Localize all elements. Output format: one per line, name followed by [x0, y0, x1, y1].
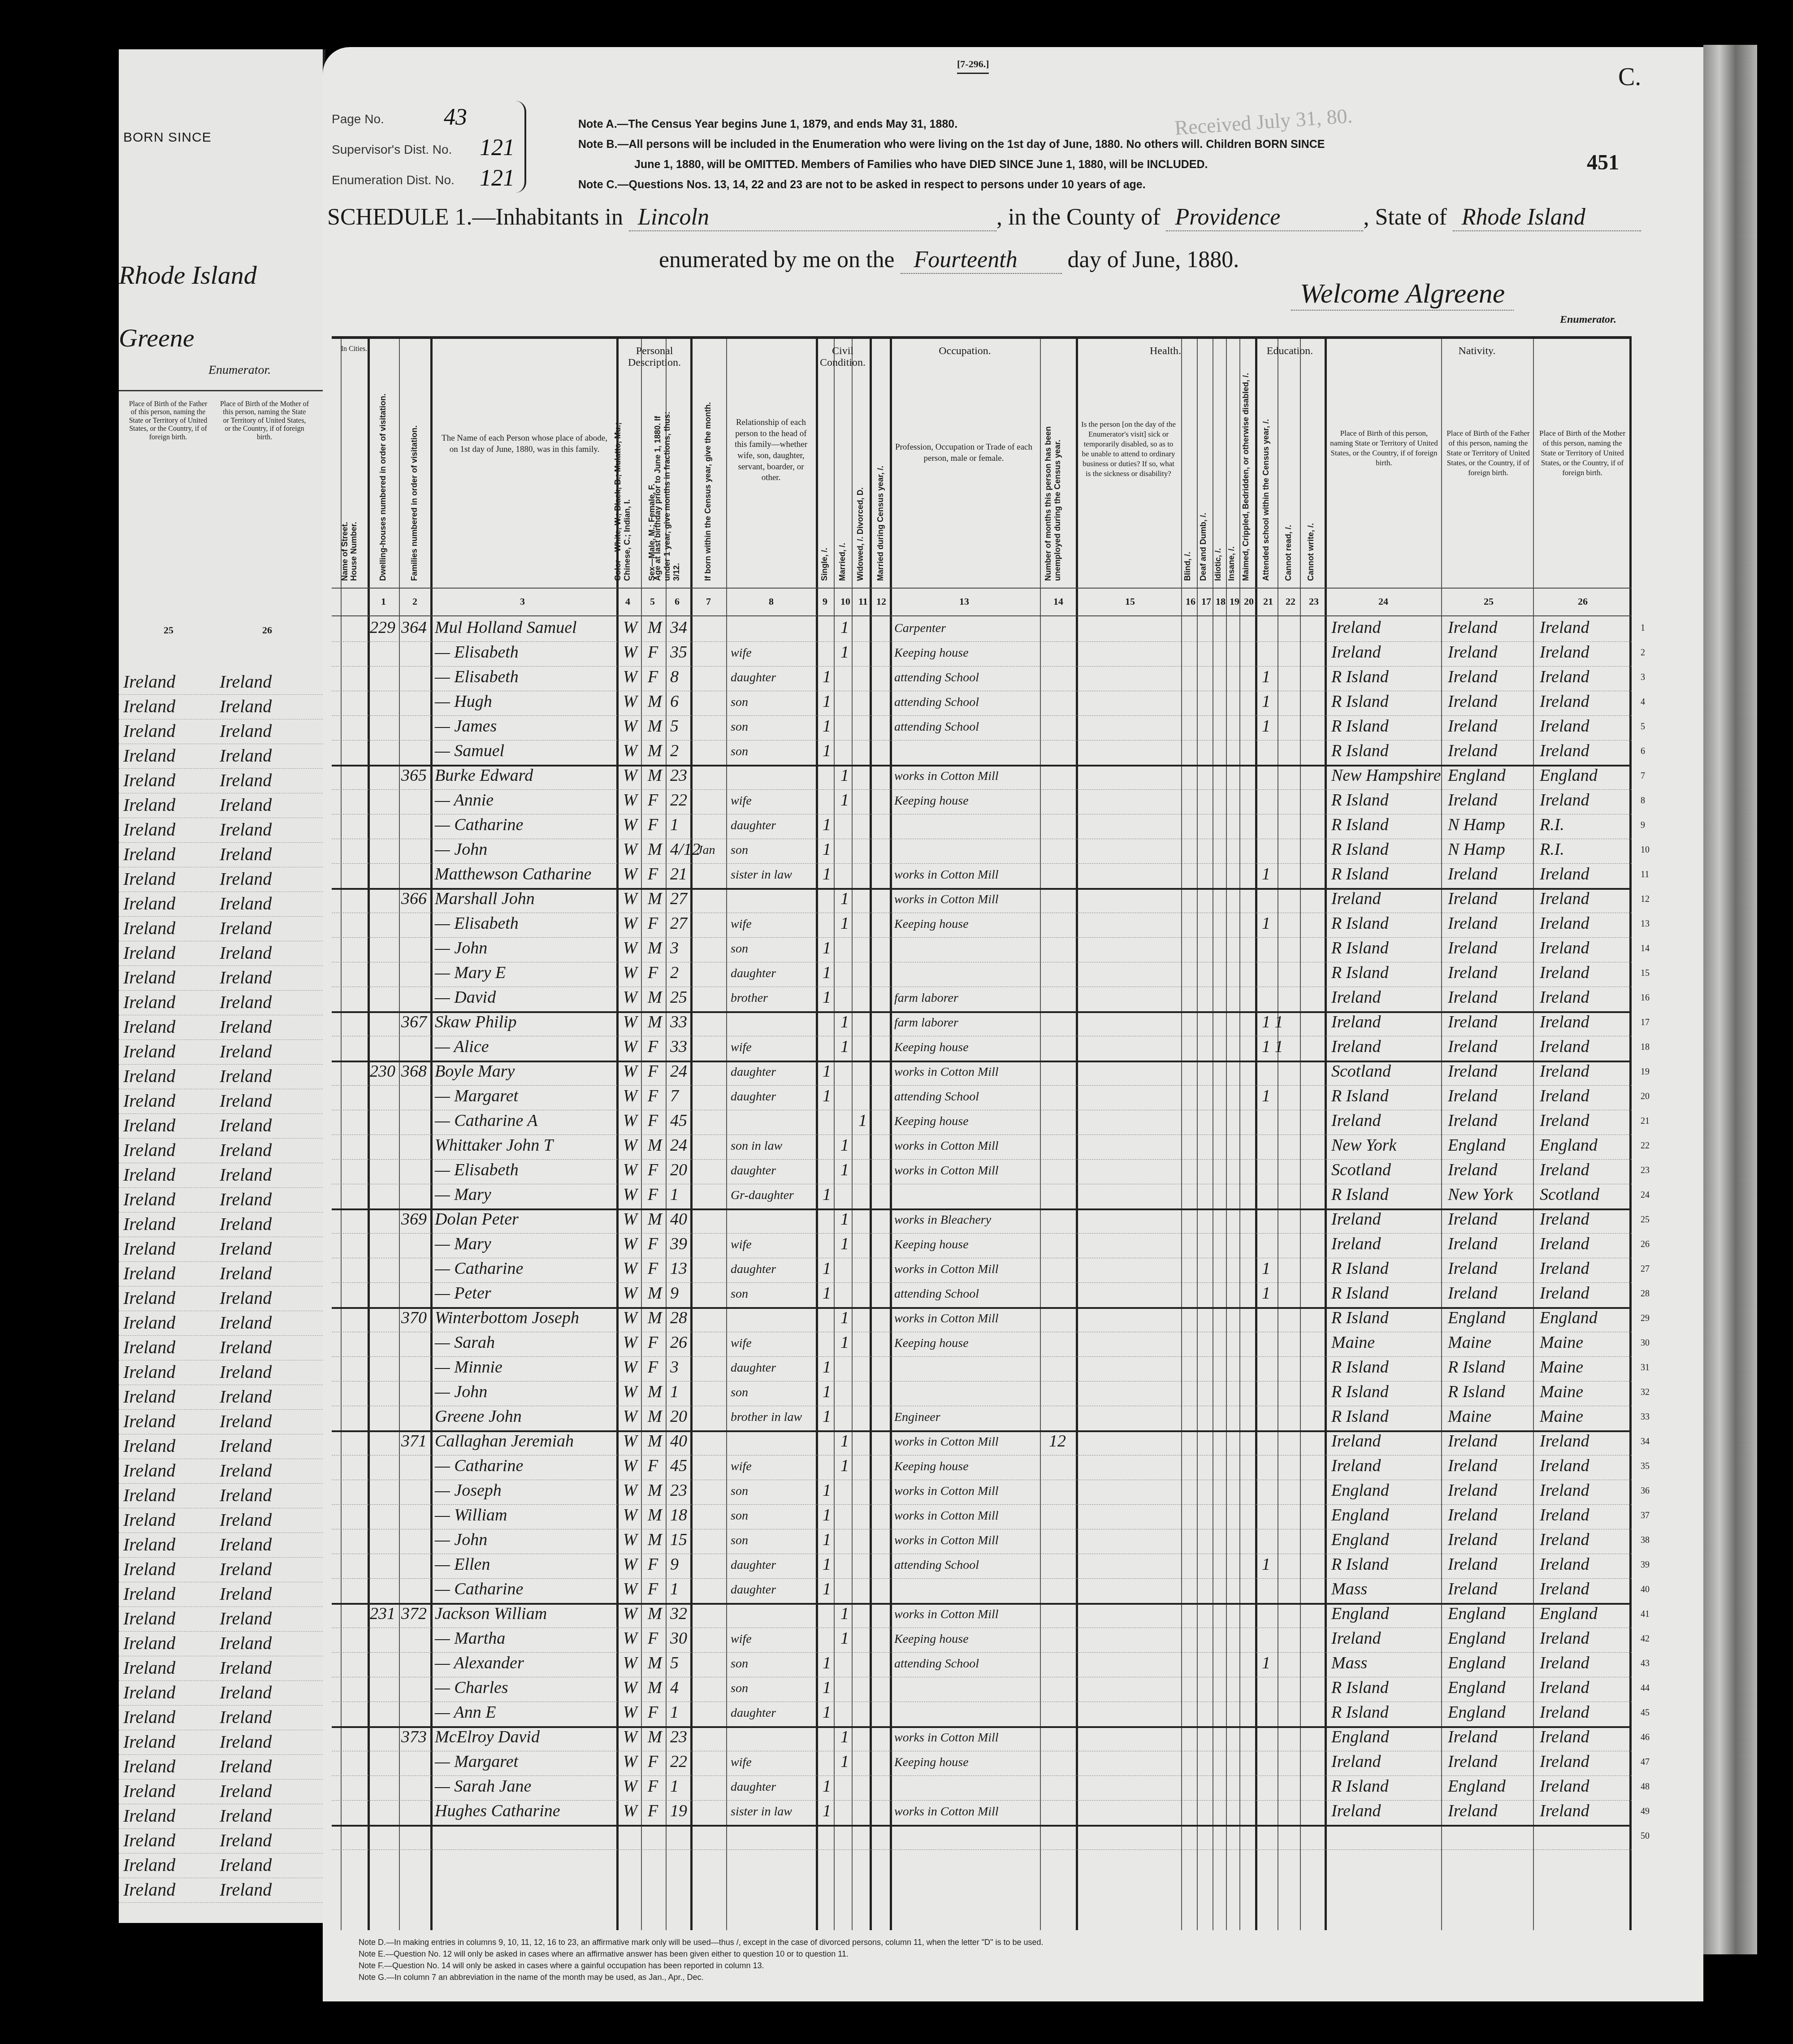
column-number: 9: [823, 596, 827, 607]
left-table-row: IrelandIreland: [119, 1729, 323, 1755]
relationship-value: daughter: [731, 1065, 776, 1079]
age-value: 4: [670, 1678, 679, 1698]
left-table-row: IrelandIreland: [119, 1261, 323, 1286]
married-mark: 1: [840, 1209, 849, 1229]
father-birthplace: Ireland: [123, 1682, 175, 1703]
left-table-row: IrelandIreland: [119, 842, 323, 867]
left-table-row: IrelandIreland: [119, 1088, 323, 1114]
person-name: — John: [435, 840, 487, 859]
married-mark: 1: [840, 1333, 849, 1352]
age-value: 1: [670, 1185, 679, 1204]
line-number: 15: [1641, 968, 1650, 979]
sex-value: F: [648, 1628, 658, 1648]
color-value: W: [623, 1801, 637, 1821]
single-mark: 1: [823, 864, 831, 884]
birthplace-value: R Island: [1331, 864, 1389, 884]
father-birthplace: England: [1448, 1702, 1506, 1722]
mother-birthplace: Ireland: [1540, 618, 1589, 637]
enumerator-signature: Welcome Algreene: [1291, 278, 1514, 311]
occupation-value: attending School: [894, 695, 979, 710]
left-facing-page: BORN SINCE Rhode Island Greene Enumerato…: [119, 49, 325, 1923]
birthplace-value: R Island: [1331, 963, 1389, 983]
dwelling-number: 231: [370, 1604, 395, 1624]
line-number: 19: [1641, 1067, 1650, 1077]
father-birthplace: England: [1448, 1678, 1506, 1698]
color-value: W: [623, 716, 637, 736]
father-birthplace: Ireland: [1448, 618, 1497, 637]
father-birthplace: Ireland: [123, 942, 175, 963]
left-table-row: IrelandIreland: [119, 1064, 323, 1089]
mother-birthplace: Ireland: [220, 1780, 272, 1801]
color-value: W: [623, 987, 637, 1007]
left-col26-number: 26: [262, 624, 272, 636]
single-mark: 1: [823, 692, 831, 711]
color-value: W: [623, 667, 637, 687]
enumeration-date-line: enumerated by me on the Fourteenth day o…: [659, 247, 1239, 274]
relationship-value: daughter: [731, 818, 776, 833]
mother-birthplace: Ireland: [1540, 864, 1589, 884]
father-birthplace: Ireland: [123, 1213, 175, 1234]
supervisor-dist-field: Supervisor's Dist. No.121: [332, 143, 455, 173]
column-numbers: 1234567891011121314151617181920212223242…: [332, 588, 1632, 616]
relationship-value: son: [731, 1533, 748, 1548]
left-table-row: IrelandIreland: [119, 1631, 323, 1656]
table-row: 50: [332, 1825, 1632, 1850]
color-value: W: [623, 741, 637, 761]
family-number: 371: [401, 1431, 427, 1451]
single-mark: 1: [823, 1481, 831, 1500]
single-mark: 1: [823, 963, 831, 983]
mother-birthplace: Ireland: [1540, 1061, 1589, 1081]
sex-value: M: [648, 1727, 662, 1747]
color-value: W: [623, 1555, 637, 1574]
age-value: 34: [670, 618, 687, 637]
father-birthplace: Ireland: [123, 868, 175, 889]
birthplace-value: Ireland: [1331, 1234, 1381, 1254]
single-mark: 1: [823, 815, 831, 835]
table-row: — AlexanderWM5son1attending School1MassE…: [332, 1652, 1632, 1677]
relationship-value: son: [731, 843, 748, 857]
line-number: 31: [1641, 1363, 1650, 1373]
table-row: — ElisabethWF35wife1Keeping houseIreland…: [332, 641, 1632, 667]
color-header: Color—White, W.; Black, B.; Mulatto, Mu.…: [613, 402, 632, 581]
column-number: 5: [650, 596, 655, 607]
sex-value: F: [648, 1357, 658, 1377]
single-mark: 1: [823, 840, 831, 859]
civil-condition-header: Civil Condition.: [816, 345, 870, 369]
father-birthplace: Ireland: [1448, 642, 1497, 662]
father-birthplace: Ireland: [123, 1263, 175, 1284]
sex-value: F: [648, 864, 658, 884]
birthplace-value: R Island: [1331, 914, 1389, 933]
color-value: W: [623, 889, 637, 909]
sex-value: M: [648, 1431, 662, 1451]
age-value: 35: [670, 642, 687, 662]
person-name: Greene John: [435, 1407, 522, 1426]
birthplace-value: R Island: [1331, 1555, 1389, 1574]
mother-birthplace: Ireland: [220, 1460, 272, 1481]
relationship-value: son: [731, 1287, 748, 1301]
personal-description-header: Personal Description.: [619, 345, 690, 369]
mother-birthplace: Ireland: [1540, 1431, 1589, 1451]
birthplace-value: Scotland: [1331, 1160, 1391, 1180]
family-header: Families numbered in order of visitation…: [410, 425, 419, 581]
table-row: — MaryWF39wife1Keeping houseIrelandIrela…: [332, 1233, 1632, 1258]
line-number: 14: [1641, 944, 1650, 954]
corner-letter: C.: [1618, 63, 1641, 91]
color-value: W: [623, 864, 637, 884]
person-name: McElroy David: [435, 1727, 540, 1747]
single-mark: 1: [823, 987, 831, 1007]
line-number: 9: [1641, 820, 1645, 831]
mother-birthplace: Ireland: [1540, 1283, 1589, 1303]
note-c: Note C.—Questions Nos. 13, 14, 22 and 23…: [578, 175, 1325, 195]
age-value: 40: [670, 1431, 687, 1451]
relationship-value: son: [731, 1681, 748, 1696]
left-table-row: IrelandIreland: [119, 1705, 323, 1730]
line-number: 34: [1641, 1437, 1650, 1447]
father-birthplace: England: [1448, 1604, 1506, 1624]
table-row: Whittaker John TWM24son in law1works in …: [332, 1135, 1632, 1160]
mother-birthplace: Scotland: [1540, 1185, 1599, 1204]
left-col25-header: Place of Birth of the Father of this per…: [126, 400, 211, 442]
house-number-header: House Number.: [349, 522, 359, 581]
occupation-value: attending School: [894, 1558, 979, 1572]
father-birthplace: R Island: [1448, 1357, 1505, 1377]
married-mark: 1: [840, 1431, 849, 1451]
relationship-value: son: [731, 1509, 748, 1523]
birthplace-value: R Island: [1331, 938, 1389, 958]
birthplace-value: R Island: [1331, 1776, 1389, 1796]
married-mark: 1: [840, 1160, 849, 1180]
mother-birthplace: Ireland: [220, 720, 272, 741]
left-table-row: IrelandIreland: [119, 1606, 323, 1632]
person-name: Hughes Catharine: [435, 1801, 560, 1821]
father-birthplace: Ireland: [123, 1065, 175, 1087]
father-birthplace: Ireland: [123, 1337, 175, 1358]
mother-birthplace: Maine: [1540, 1382, 1583, 1402]
mother-birthplace: Ireland: [1540, 1801, 1589, 1821]
footnote: Note D.—In making entries in columns 9, …: [359, 1936, 1044, 1948]
left-table-row: IrelandIreland: [119, 1458, 323, 1484]
mother-birthplace: Ireland: [220, 1756, 272, 1777]
birthplace-value: Ireland: [1331, 889, 1381, 909]
mother-birthplace: Ireland: [220, 1879, 272, 1900]
person-name: — Sarah Jane: [435, 1776, 531, 1796]
family-number: 372: [401, 1604, 427, 1624]
father-birthplace: Ireland: [123, 1756, 175, 1777]
school-mark: 1: [1262, 1086, 1270, 1106]
person-name: — William: [435, 1505, 507, 1525]
sex-value: M: [648, 1135, 662, 1155]
table-row: — Catharine AWF451Keeping houseIrelandIr…: [332, 1110, 1632, 1135]
footnote: Note E.—Question No. 12 will only be ask…: [359, 1948, 1044, 1960]
column-number: 18: [1216, 596, 1226, 607]
family-number: 367: [401, 1012, 427, 1032]
left-table-row: IrelandIreland: [119, 965, 323, 991]
left-table-row: IrelandIreland: [119, 1212, 323, 1237]
relationship-value: son: [731, 1484, 748, 1498]
place-value: Lincoln: [629, 204, 996, 231]
sex-value: F: [648, 1776, 658, 1796]
married-mark: 1: [840, 1012, 849, 1032]
relationship-value: daughter: [731, 1361, 776, 1375]
birthplace-value: R Island: [1331, 815, 1389, 835]
enumeration-dist-value: 121: [480, 165, 515, 191]
single-header: Single, /.: [820, 548, 829, 581]
column-number: 25: [1484, 596, 1494, 607]
left-table-row: IrelandIreland: [119, 1853, 323, 1878]
county-value: Providence: [1166, 204, 1363, 231]
sex-value: F: [648, 1752, 658, 1771]
table-row: — HughWM6son1attending School1R IslandIr…: [332, 691, 1632, 716]
relationship-value: wife: [731, 917, 752, 931]
age-value: 33: [670, 1012, 687, 1032]
column-number: 11: [858, 596, 868, 607]
person-name: — Mary: [435, 1234, 491, 1254]
married-header: Married, /.: [838, 543, 847, 581]
married-mark: 1: [840, 914, 849, 933]
footnote: Note G.—In column 7 an abbreviation in t…: [359, 1971, 1044, 1983]
sex-value: M: [648, 1481, 662, 1500]
age-value: 20: [670, 1407, 687, 1426]
left-table-row: IrelandIreland: [119, 1557, 323, 1582]
color-value: W: [623, 1505, 637, 1525]
sex-value: F: [648, 1456, 658, 1476]
relationship-value: daughter: [731, 1090, 776, 1104]
mother-birthplace: Ireland: [1540, 1727, 1589, 1747]
occupation-value: attending School: [894, 671, 979, 685]
table-row: — CatharineWF1daughter1MassIrelandIrelan…: [332, 1578, 1632, 1605]
sex-value: M: [648, 1283, 662, 1303]
left-table-row: IrelandIreland: [119, 1162, 323, 1188]
mother-birthplace: Ireland: [220, 844, 272, 865]
dwelling-number: 230: [370, 1061, 395, 1081]
color-value: W: [623, 1653, 637, 1673]
single-mark: 1: [823, 1776, 831, 1796]
birthplace-value: R Island: [1331, 692, 1389, 711]
mother-birthplace: Ireland: [220, 770, 272, 791]
father-birthplace: Ireland: [1448, 1160, 1497, 1180]
mother-birthplace: Ireland: [220, 1139, 272, 1161]
person-name: Marshall John: [435, 889, 535, 909]
relationship-value: wife: [731, 1632, 752, 1646]
column-number: 6: [675, 596, 680, 607]
relationship-value: son: [731, 695, 748, 710]
mother-birthplace: Ireland: [220, 745, 272, 766]
father-birthplace: Ireland: [123, 918, 175, 939]
father-birthplace: Ireland: [123, 1706, 175, 1728]
line-number: 5: [1641, 722, 1645, 732]
occupation-value: Keeping house: [894, 1459, 969, 1474]
mother-birthplace: Ireland: [1540, 889, 1589, 909]
person-name: — James: [435, 716, 497, 736]
relationship-value: brother: [731, 991, 768, 1005]
table-row: — AliceWF33wife1Keeping house1 1IrelandI…: [332, 1036, 1632, 1062]
left-table-row: IrelandIreland: [119, 1803, 323, 1829]
relationship-value: daughter: [731, 1583, 776, 1597]
table-row: — MinnieWF3daughter1R IslandR IslandMain…: [332, 1356, 1632, 1381]
father-birthplace: Ireland: [1448, 716, 1497, 736]
left-table-row: IrelandIreland: [119, 792, 323, 818]
idiotic-header: Idiotic, /.: [1213, 548, 1223, 581]
father-birthplace: England: [1448, 766, 1506, 785]
single-mark: 1: [823, 938, 831, 958]
father-birthplace: New York: [1448, 1185, 1513, 1204]
mother-birthplace: Ireland: [1540, 741, 1589, 761]
father-birthplace: Ireland: [1448, 1727, 1497, 1747]
single-mark: 1: [823, 1653, 831, 1673]
father-birthplace: R Island: [1448, 1382, 1505, 1402]
occupation-value: works in Cotton Mill: [894, 1607, 999, 1622]
single-mark: 1: [823, 1555, 831, 1574]
line-number: 39: [1641, 1560, 1650, 1570]
relationship-value: brother in law: [731, 1410, 802, 1425]
person-name: — Samuel: [435, 741, 504, 761]
color-value: W: [623, 1209, 637, 1229]
mother-birthplace: Ireland: [1540, 1456, 1589, 1476]
deaf-header: Deaf and Dumb, /.: [1199, 513, 1208, 581]
occupation-value: Keeping house: [894, 1238, 969, 1252]
married-mark: 1: [840, 1308, 849, 1328]
sex-value: M: [648, 1678, 662, 1698]
column-number: 22: [1286, 596, 1295, 607]
age-value: 22: [670, 1752, 687, 1771]
mother-birthplace: Ireland: [1540, 1111, 1589, 1130]
enumeration-dist-field: Enumeration Dist. No.121: [332, 173, 455, 204]
line-number: 26: [1641, 1239, 1650, 1250]
mother-birthplace: England: [1540, 1604, 1598, 1624]
note-b-line1: Note B.—All persons will be included in …: [578, 134, 1325, 155]
father-birthplace: Ireland: [123, 1830, 175, 1851]
column-number: 2: [412, 596, 417, 607]
father-birthplace: Ireland: [123, 1312, 175, 1333]
mother-birthplace: Ireland: [220, 1213, 272, 1234]
relationship-value: daughter: [731, 966, 776, 981]
father-birthplace: Ireland: [123, 1780, 175, 1801]
table-row: — MargaretWF22wife1Keeping houseIrelandI…: [332, 1751, 1632, 1776]
person-name: — Margaret: [435, 1086, 518, 1106]
person-name: — Alexander: [435, 1653, 524, 1673]
health-header: Health.: [1076, 345, 1255, 357]
mother-birthplace: Ireland: [220, 1386, 272, 1407]
left-table-row: IrelandIreland: [119, 1828, 323, 1853]
age-value: 33: [670, 1037, 687, 1057]
married-mark: 1: [840, 1752, 849, 1771]
age-value: 22: [670, 790, 687, 810]
father-birthplace: Ireland: [123, 1854, 175, 1875]
birthplace-value: England: [1331, 1727, 1389, 1747]
table-row: 366Marshall JohnWM271works in Cotton Mil…: [332, 888, 1632, 913]
father-birthplace: Ireland: [1448, 1037, 1497, 1057]
schedule-title: SCHEDULE 1.—Inhabitants in Lincoln, in t…: [327, 204, 1641, 231]
father-birthplace: Ireland: [123, 1090, 175, 1111]
married-mark: 1: [840, 1604, 849, 1624]
person-name: — John: [435, 1530, 487, 1550]
table-row: — ElisabethWF8daughter1attending School1…: [332, 666, 1632, 691]
father-birthplace: Ireland: [123, 1287, 175, 1308]
name-header: The Name of each Person whose place of a…: [439, 433, 610, 455]
sex-value: F: [648, 1702, 658, 1722]
age-value: 3: [670, 938, 679, 958]
line-number: 46: [1641, 1732, 1650, 1743]
person-name: — Elisabeth: [435, 1160, 519, 1180]
age-value: 21: [670, 864, 687, 884]
school-mark: 1: [1262, 1283, 1270, 1303]
color-value: W: [623, 1727, 637, 1747]
table-row: — MargaretWF7daughter1attending School1R…: [332, 1085, 1632, 1110]
color-value: W: [623, 1456, 637, 1476]
born-month-header: If born within the Census year, give the…: [703, 402, 713, 581]
family-number: 368: [401, 1061, 427, 1081]
birthplace-value: Ireland: [1331, 1456, 1381, 1476]
birthplace-value: Ireland: [1331, 1752, 1381, 1771]
father-birthplace: Ireland: [1448, 790, 1497, 810]
line-number: 45: [1641, 1708, 1650, 1718]
table-row: — JosephWM23son1works in Cotton MillEngl…: [332, 1480, 1632, 1505]
father-birthplace: Ireland: [123, 1879, 175, 1900]
occupation-value: Keeping house: [894, 1040, 969, 1055]
column-number: 24: [1378, 596, 1388, 607]
single-mark: 1: [823, 1259, 831, 1278]
relationship-value: wife: [731, 1238, 752, 1252]
mother-birthplace: Ireland: [1540, 963, 1589, 983]
mother-birthplace: England: [1540, 1308, 1598, 1328]
sex-value: M: [648, 889, 662, 909]
left-page-grid: Place of Birth of the Father of this per…: [119, 390, 323, 1826]
birthplace-value: R Island: [1331, 1407, 1389, 1426]
mother-birthplace: Ireland: [1540, 1628, 1589, 1648]
father-birthplace: England: [1448, 1308, 1506, 1328]
single-mark: 1: [823, 1061, 831, 1081]
form-code: [7-296.]: [957, 58, 989, 74]
age-value: 45: [670, 1456, 687, 1476]
sex-value: F: [648, 963, 658, 983]
line-number: 36: [1641, 1486, 1650, 1496]
age-value: 23: [670, 766, 687, 785]
relationship-value: wife: [731, 646, 752, 660]
mother-birthplace: Ireland: [220, 1731, 272, 1752]
left-table-row: IrelandIreland: [119, 916, 323, 941]
widowed-mark: 1: [858, 1111, 867, 1130]
occupation-value: Keeping house: [894, 1336, 969, 1351]
mother-birthplace: Ireland: [1540, 667, 1589, 687]
father-birthplace: Ireland: [1448, 692, 1497, 711]
mother-birthplace: Ireland: [1540, 642, 1589, 662]
table-row: 370Winterbottom JosephWM281works in Cott…: [332, 1307, 1632, 1332]
table-row: 371Callaghan JeremiahWM401works in Cotto…: [332, 1430, 1632, 1455]
single-mark: 1: [823, 741, 831, 761]
color-value: W: [623, 815, 637, 835]
column-number: 13: [959, 596, 969, 607]
single-mark: 1: [823, 1579, 831, 1599]
person-name: Callaghan Jeremiah: [435, 1431, 574, 1451]
occupation-value: farm laborer: [894, 1016, 958, 1030]
mother-birthplace: Ireland: [1540, 1234, 1589, 1254]
school-mark: 1: [1262, 716, 1270, 736]
married-mark: 1: [840, 766, 849, 785]
father-birthplace: Ireland: [1448, 914, 1497, 933]
sex-value: M: [648, 1505, 662, 1525]
sex-value: M: [648, 1604, 662, 1624]
color-value: W: [623, 840, 637, 859]
age-value: 9: [670, 1283, 679, 1303]
father-birthplace: Ireland: [1448, 1431, 1497, 1451]
person-name: — John: [435, 938, 487, 958]
person-name: — Mary E: [435, 963, 506, 983]
father-birthplace: Ireland: [123, 1238, 175, 1259]
mother-birthplace: Ireland: [1540, 938, 1589, 958]
